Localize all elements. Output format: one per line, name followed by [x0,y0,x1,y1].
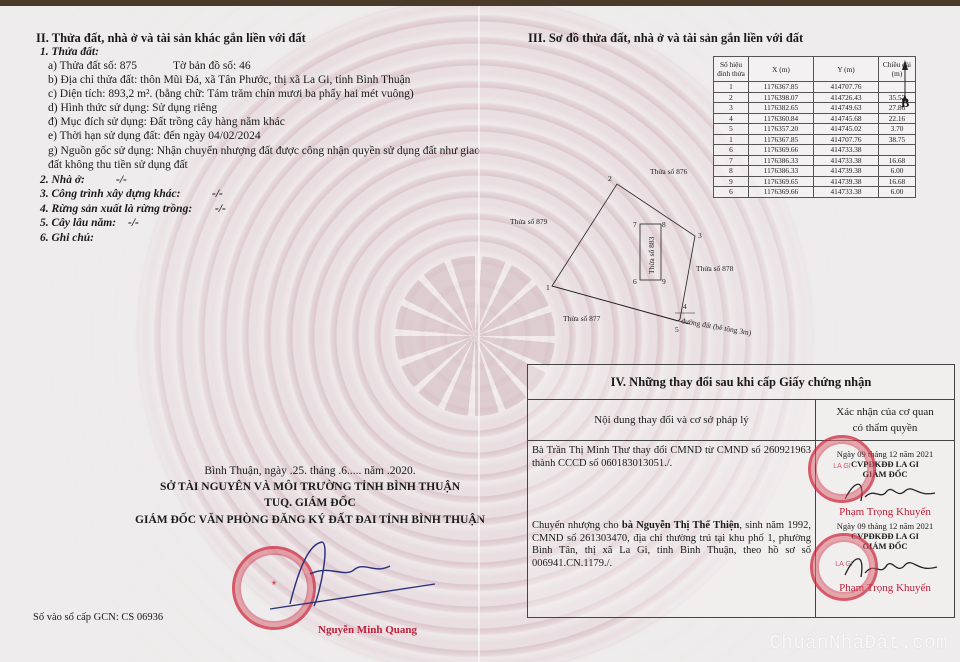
section-ii-title: II. Thửa đất, nhà ở và tài sản khác gắn … [36,31,306,45]
svg-text:6: 6 [633,277,637,286]
house-value: -/- [116,173,127,187]
coord-cell: 3.70 [879,124,916,135]
svg-text:4: 4 [683,302,687,311]
coord-cell: 1176367.85 [749,134,814,145]
usage-term: e) Thời hạn sử dụng đất: đến ngày 04/02/… [48,129,261,143]
coord-cell: 3 [714,103,749,114]
usage-origin-2: đất không thu tiền sử dụng đất [48,158,188,172]
svg-text:5: 5 [675,325,679,334]
svg-text:Thửa số 876: Thửa số 876 [650,167,688,176]
coord-cell: 5 [714,124,749,135]
coord-cell: 6.00 [879,187,916,198]
usage-origin-1: g) Nguồn gốc sử dụng: Nhận chuyển nhượng… [48,144,480,158]
svg-text:Thửa số 883: Thửa số 883 [647,236,656,274]
coord-row: 31176382.65414749.6327.86 [714,103,916,114]
coord-cell: 6 [714,145,749,156]
parcel-address: b) Địa chỉ thửa đất: thôn Mũi Đá, xã Tân… [48,73,410,87]
col-authority-confirm: Xác nhận của cơ quan có thẩm quyền [816,400,954,440]
coord-cell: 2 [714,92,749,103]
coord-cell: 414726.43 [814,92,879,103]
registry-number: Số vào sổ cấp GCN: CS 06936 [33,611,163,625]
svg-text:Thửa số 878: Thửa số 878 [696,264,734,273]
coord-cell: 414739.38 [814,166,879,177]
coord-row: 41176360.84414745.6822.16 [714,113,916,124]
coord-row: 11176367.85414707.76 [714,82,916,93]
confirm-2-date: Ngày 09 tháng 12 năm 2021 [816,521,954,531]
coord-cell: 1176360.84 [749,113,814,124]
svg-text:Thửa số 879: Thửa số 879 [510,217,548,226]
signer-position: GIÁM ĐỐC VĂN PHÒNG ĐĂNG KÝ ĐẤT ĐAI TỈNH … [130,513,490,527]
map-sheet-number: Tờ bản đồ số: 46 [173,59,251,73]
issuing-agency: SỞ TÀI NGUYÊN VÀ MÔI TRƯỜNG TỈNH BÌNH TH… [130,480,490,494]
coord-cell: 4 [714,113,749,124]
coord-cell: 38.75 [879,134,916,145]
coord-cell: 414739.38 [814,176,879,187]
confirm-1-signer: Phạm Trọng Khuyến [816,507,954,517]
svg-text:9: 9 [662,277,666,286]
col-vertex: Số hiệu đỉnh thửa [714,57,749,82]
coord-cell: 1176382.65 [749,103,814,114]
coord-cell: 414733.38 [814,187,879,198]
coord-cell: 1176357.20 [749,124,814,135]
coord-row: 21176398.07414726.4335.52 [714,92,916,103]
other-works-value: -/- [212,187,223,201]
coord-row: 11176367.85414707.7638.75 [714,134,916,145]
land-heading: 1. Thửa đất: [40,45,99,59]
col-y: Y (m) [814,57,879,82]
coord-row: 51176357.20414745.023.70 [714,124,916,135]
svg-text:1: 1 [546,283,550,292]
land-certificate-spread: II. Thửa đất, nhà ở và tài sản khác gắn … [0,6,960,662]
change-entry-1: Bà Trần Thị Minh Thư thay đổi CMND từ CM… [528,443,815,472]
coord-cell: 1 [714,82,749,93]
coord-row: 61176369.66414733.38 [714,145,916,156]
col-x: X (m) [749,57,814,82]
house-label: 2. Nhà ở: [40,173,85,187]
coord-cell: 1176369.66 [749,145,814,156]
coord-cell: 414733.38 [814,155,879,166]
coord-cell: 414707.76 [814,82,879,93]
forest-label: 4. Rừng sản xuất là rừng trồng: [40,202,192,216]
usage-purpose: đ) Mục đích sử dụng: Đất trồng cây hàng … [48,115,285,129]
north-label: B [901,96,909,110]
notes-label: 6. Ghi chú: [40,231,94,245]
section-iii-title: III. Sơ đồ thửa đất, nhà ở và tài sản gắ… [528,31,803,45]
svg-text:Thửa số 877: Thửa số 877 [563,314,601,323]
coord-cell: 16.68 [879,176,916,187]
coord-cell: 1176398.07 [749,92,814,103]
coord-cell: 1 [714,134,749,145]
parcel-boundary [552,184,695,321]
svg-text:7: 7 [633,220,637,229]
coord-cell: 16.68 [879,155,916,166]
perennial-label: 5. Cây lâu năm: [40,216,116,230]
usage-form: d) Hình thức sử dụng: Sử dụng riêng [48,101,217,115]
official-seal-right-1: LA GI [808,435,876,503]
coord-cell: 22.16 [879,113,916,124]
coord-cell: 414745.02 [814,124,879,135]
parcel-sketch: 1 2 3 4 5 6 7 8 9 Thửa số 876 Thửa số 87… [490,156,770,346]
change-entry-2: Chuyển nhượng cho bà Nguyễn Thị Thế Thiệ… [528,518,815,572]
other-works-label: 3. Công trình xây dựng khác: [40,187,180,201]
changes-table: IV. Những thay đổi sau khi cấp Giấy chứn… [527,364,955,618]
coord-cell: 6.00 [879,166,916,177]
coord-cell [879,145,916,156]
signature-left [250,534,440,624]
official-seal-right-2: LA GI [810,533,878,601]
svg-text:2: 2 [608,174,612,183]
site-watermark: ChuẩnNhàĐất.com [769,632,948,654]
coord-cell: 414707.76 [814,134,879,145]
svg-text:8: 8 [662,220,666,229]
col-change-content: Nội dung thay đổi và cơ sở pháp lý [528,400,816,440]
issue-date-line: Bình Thuận, ngày .25. tháng .6..... năm … [130,464,490,478]
parcel-area: c) Diện tích: 893,2 m². (bằng chữ: Tám t… [48,87,414,101]
on-behalf-label: TUQ. GIÁM ĐỐC [130,496,490,510]
section-iv-title: IV. Những thay đổi sau khi cấp Giấy chứn… [528,365,954,400]
forest-value: -/- [215,202,226,216]
perennial-value: -/- [128,216,139,230]
parcel-number: a) Thửa đất số: 875 [48,59,137,73]
coord-cell: 414749.63 [814,103,879,114]
coord-cell: 414733.38 [814,145,879,156]
svg-text:đường đất (bê tông 3m): đường đất (bê tông 3m) [681,316,753,337]
coord-cell: 1176367.85 [749,82,814,93]
left-signer-name: Nguyễn Minh Quang [318,623,417,637]
svg-text:3: 3 [698,231,702,240]
coord-cell: 414745.68 [814,113,879,124]
